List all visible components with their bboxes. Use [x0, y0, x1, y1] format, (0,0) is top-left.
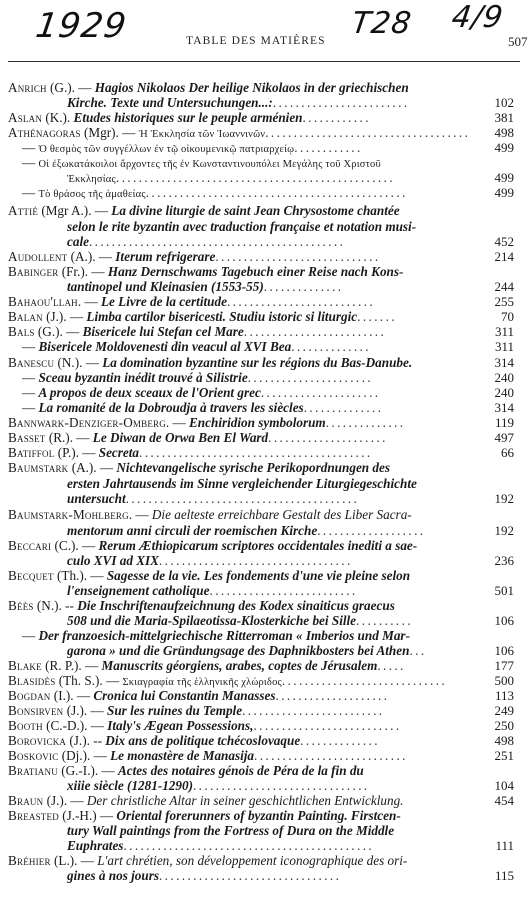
toc-line: ersten Jahrtausends im Sinne vergleichen…	[0, 476, 532, 491]
leader-dots: ........................................…	[146, 185, 408, 200]
author-initials: (Mgr A.). —	[38, 203, 111, 218]
toc-line-text: — Sceau byzantin inédit trouvé à Silistr…	[22, 370, 476, 385]
leader-dots: ...........................	[254, 748, 408, 763]
toc-line: Athénagoras (Mgr). — Ἡ Ἐκκλησία τῶν Ἰωαν…	[0, 125, 532, 140]
toc-line: Bahaou'llah. — Le Livre de la certitude.…	[0, 294, 532, 309]
author-name: Audollent	[8, 249, 67, 264]
handwritten-code: T28	[350, 6, 414, 41]
toc-line-text: tury Wall paintings from the Fortress of…	[67, 823, 476, 838]
leader-dots: .......	[357, 309, 397, 324]
work-title: tantinopel und Kleinasien (1553-55)	[67, 279, 264, 294]
toc-line-text: Bahaou'llah. — Le Livre de la certitude.…	[8, 294, 476, 309]
toc-line: tantinopel und Kleinasien (1553-55).....…	[0, 279, 532, 294]
work-title: Manuscrits géorgiens, arabes, coptes de …	[102, 658, 378, 673]
author-name: Bonsirven	[8, 703, 63, 718]
author-initials: (N.). —	[54, 355, 102, 370]
toc-line: untersucht..............................…	[0, 491, 532, 506]
toc-line-text: Booth (C.-D.). — Italy's Ægean Possessio…	[8, 718, 476, 733]
handwritten-year: 1929	[33, 6, 129, 46]
author-initials: —	[22, 155, 38, 170]
page-reference: 498	[484, 125, 514, 140]
toc-line: selon le rite byzantin avec traduction f…	[0, 219, 532, 234]
author-name: Baumstark	[8, 460, 68, 475]
author-initials: —	[22, 370, 38, 385]
work-title: culo XVI ad XIX	[67, 553, 159, 568]
toc-line-text: culo XVI ad XIX.........................…	[67, 553, 476, 568]
leader-dots: ...............................	[193, 778, 370, 793]
work-title: Oriental forerunners of byzantin Paintin…	[116, 808, 400, 823]
toc-line-text: untersucht..............................…	[67, 491, 476, 506]
work-title: ersten Jahrtausends im Sinne vergleichen…	[67, 476, 417, 491]
leader-dots: ......................	[248, 370, 373, 385]
work-title: Iterum refrigerare	[115, 249, 215, 264]
toc-line: Basset (R.). — Le Diwan de Orwa Ben El W…	[0, 430, 532, 445]
leader-dots: ........................................…	[89, 234, 345, 249]
toc-line-text: Audollent (A.). — Iterum refrigerare....…	[8, 249, 476, 264]
work-title: Le monastère de Manasija	[110, 748, 254, 763]
toc-line: Baumstark (A.). — Nichtevangelische syri…	[0, 460, 532, 475]
work-title: L'art chrétien, son développement iconog…	[97, 853, 407, 868]
page-reference: 499	[484, 170, 514, 185]
toc-line-text: Basset (R.). — Le Diwan de Orwa Ben El W…	[8, 430, 476, 445]
work-title: A propos de deux sceaux de l'Orient grec	[38, 385, 260, 400]
leader-dots: ............	[294, 140, 362, 155]
toc-line: Booth (C.-D.). — Italy's Ægean Possessio…	[0, 718, 532, 733]
work-title: Ὁ θεσμὸς τῶν συγγέλλων ἐν τῷ οἰκουμενικῷ…	[38, 144, 294, 155]
author-name: Babinger	[8, 264, 58, 279]
toc-line: Batiffol (P.). — Secreta................…	[0, 445, 532, 460]
work-title: Der christliche Altar in seiner geschich…	[87, 793, 404, 808]
toc-line: Balan (J.). — Limba cartilor bisericesti…	[0, 309, 532, 324]
toc-line-text: — A propos de deux sceaux de l'Orient gr…	[22, 385, 476, 400]
author-name: Borovicka	[8, 733, 66, 748]
work-title: Rerum Æthiopicarum scriptores occidental…	[98, 538, 417, 553]
page-reference: 240	[484, 385, 514, 400]
toc-line-text: Bannwark-Denziger-Omberg. — Enchiridion …	[8, 415, 476, 430]
author-name: Béès	[8, 598, 34, 613]
page-reference: 115	[484, 868, 514, 883]
author-initials: (J.). —	[43, 793, 87, 808]
toc-line: Becquet (Th.). — Sagesse de la vie. Les …	[0, 568, 532, 583]
work-title: Sceau byzantin inédit trouvé à Silistrie	[38, 370, 247, 385]
work-title: Limba cartilor bisericesti. Studiu istor…	[86, 309, 357, 324]
author-initials: (J.). —	[43, 309, 87, 324]
toc-line-text: Bratianu (G.-I.). — Actes des notaires g…	[8, 763, 476, 778]
toc-line-text: Bogdan (I.). — Cronica lui Constantin Ma…	[8, 688, 476, 703]
toc-line: culo XVI ad XIX.........................…	[0, 553, 532, 568]
leader-dots: ...................	[317, 523, 425, 538]
author-name: Bratianu	[8, 763, 58, 778]
work-title: Bisericele lui Stefan cel Mare	[83, 324, 244, 339]
work-title: Sagesse de la vie. Les fondements d'une …	[107, 568, 410, 583]
author-name: Aslan	[8, 110, 42, 125]
page-reference: 102	[484, 95, 514, 110]
toc-line: Bonsirven (J.). — Sur les ruines du Temp…	[0, 703, 532, 718]
page-reference: 499	[484, 140, 514, 155]
author-name: Basset	[8, 430, 46, 445]
work-title: garona » und die Gründungsage des Daphni…	[67, 643, 409, 658]
page-reference: 498	[484, 733, 514, 748]
toc-line-text: Bonsirven (J.). — Sur les ruines du Temp…	[8, 703, 476, 718]
toc-line-text: ersten Jahrtausends im Sinne vergleichen…	[67, 476, 476, 491]
work-title: 508 und die Maria-Spilaeotissa-Klosterki…	[67, 613, 356, 628]
leader-dots: ..............	[326, 415, 406, 430]
author-initials: (P.). —	[54, 445, 98, 460]
work-title: Kirche. Texte und Untersuchungen...:	[67, 95, 273, 110]
work-title: untersucht	[67, 491, 126, 506]
toc-line: Blasidès (Th. S.). — Σκιαγραφία τῆς ἑλλη…	[0, 673, 532, 688]
work-title: La domination byzantine sur les régions …	[102, 355, 412, 370]
author-initials: (N.). --	[34, 598, 78, 613]
leader-dots: ..............	[300, 733, 380, 748]
toc-line: — La romanité de la Dobroudja à travers …	[0, 400, 532, 415]
work-title: Der franzoesich-mittelgriechische Ritter…	[38, 628, 409, 643]
page-reference: 251	[484, 748, 514, 763]
toc-line-text: Boskovic (Dj.). — Le monastère de Manasi…	[8, 748, 476, 763]
leader-dots: .............................	[282, 673, 447, 688]
leader-dots: ................................	[159, 868, 341, 883]
author-initials: (Th.). —	[54, 568, 107, 583]
toc-line: — A propos de deux sceaux de l'Orient gr…	[0, 385, 532, 400]
toc-line-text: Attié (Mgr A.). — La divine liturgie de …	[8, 203, 476, 218]
toc-line: Bréhier (L.). — L'art chrétien, son déve…	[0, 853, 532, 868]
toc-line: garona » und die Gründungsage des Daphni…	[0, 643, 532, 658]
toc-line-text: Euphrates...............................…	[67, 838, 476, 853]
work-title: Bisericele Moldovenesti din veacul al XV…	[38, 339, 291, 354]
author-initials: (J.). —	[63, 703, 107, 718]
page-reference: 381	[484, 110, 514, 125]
toc-line-text: Baumstark-Mohlberg. — Die aelteste errei…	[8, 507, 476, 522]
toc-line: — Τὸ θράσος τῆς ἀμαθείας................…	[0, 185, 532, 200]
leader-dots: ........................	[273, 95, 410, 110]
author-initials: . —	[129, 507, 152, 522]
author-initials: (L.). —	[51, 853, 98, 868]
toc-line-text: l'enseignement catholique...............…	[67, 583, 476, 598]
author-initials: (G.-I.). —	[58, 763, 118, 778]
leader-dots: ........................................…	[126, 491, 360, 506]
toc-line: — Bisericele Moldovenesti din veacul al …	[0, 339, 532, 354]
toc-line-text: Kirche. Texte und Untersuchungen...:....…	[67, 95, 476, 110]
toc-line: Borovicka (J.). -- Dix ans de politique …	[0, 733, 532, 748]
toc-line: — Sceau byzantin inédit trouvé à Silistr…	[0, 370, 532, 385]
toc-line-text: Bréhier (L.). — L'art chrétien, son déve…	[8, 853, 476, 868]
toc-line-text: — Τὸ θράσος τῆς ἀμαθείας................…	[22, 185, 476, 202]
toc-line: Bals (G.). — Bisericele lui Stefan cel M…	[0, 324, 532, 339]
toc-line: Banescu (N.). — La domination byzantine …	[0, 355, 532, 370]
toc-line: Baumstark-Mohlberg. — Die aelteste errei…	[0, 507, 532, 522]
author-name: Braun	[8, 793, 43, 808]
toc-line-text: gines à nos jours.......................…	[67, 868, 476, 883]
toc-line-text: selon le rite byzantin avec traduction f…	[67, 219, 476, 234]
work-title: Hagios Nikolaos Der heilige Nikolaos in …	[95, 80, 409, 95]
toc-line-text: Braun (J.). — Der christliche Altar in s…	[8, 793, 476, 808]
work-title: Die aelteste erreichbare Gestalt des Lib…	[152, 507, 412, 522]
author-initials: (Mgr). —	[81, 125, 139, 140]
work-title: Οἱ ἐξωκατάκοιλοι ἄρχοντες τῆς ἐν Κωνσταν…	[38, 159, 380, 170]
page-reference: 499	[484, 185, 514, 200]
toc-line: Anrich (G.). — Hagios Nikolaos Der heili…	[0, 80, 532, 95]
work-title: La romanité de la Dobroudja à travers le…	[38, 400, 303, 415]
leader-dots: .........................	[242, 703, 384, 718]
page-reference: 454	[484, 793, 514, 808]
toc-line: Ἐκκλησίας...............................…	[0, 170, 532, 185]
author-name: Bals	[8, 324, 35, 339]
toc-line-text: — Der franzoesich-mittelgriechische Ritt…	[22, 628, 476, 643]
author-initials: —	[22, 628, 38, 643]
toc-line: 508 und die Maria-Spilaeotissa-Klosterki…	[0, 613, 532, 628]
author-initials: (A.). —	[68, 460, 116, 475]
page-reference: 106	[484, 643, 514, 658]
leader-dots: ....................................	[265, 125, 470, 140]
toc-line: Bannwark-Denziger-Omberg. — Enchiridion …	[0, 415, 532, 430]
page-reference: 452	[484, 234, 514, 249]
author-initials: (I.). —	[51, 688, 94, 703]
work-title: selon le rite byzantin avec traduction f…	[67, 219, 416, 234]
page-reference: 240	[484, 370, 514, 385]
work-title: Italy's Ægean Possessions,	[107, 718, 253, 733]
work-title: Dix ans de politique tchécoslovaque	[105, 733, 300, 748]
author-name: Banescu	[8, 355, 54, 370]
toc-line: Boskovic (Dj.). — Le monastère de Manasi…	[0, 748, 532, 763]
author-name: Bréhier	[8, 853, 51, 868]
leader-dots: .........................	[244, 324, 386, 339]
page-reference: 311	[484, 339, 514, 354]
work-title: xiiie siècle (1281-1290)	[67, 778, 193, 793]
leader-dots: ..........................	[210, 583, 358, 598]
work-title: Etudes historiques sur le peuple arménie…	[74, 110, 303, 125]
author-name: Booth	[8, 718, 43, 733]
work-title: Le Diwan de Orwa Ben El Ward	[93, 430, 268, 445]
author-initials: (C.). —	[51, 538, 98, 553]
author-initials: (K.).	[42, 110, 74, 125]
toc-line-text: xiiie siècle (1281-1290)................…	[67, 778, 476, 793]
toc-line-text: Anrich (G.). — Hagios Nikolaos Der heili…	[8, 80, 476, 95]
toc-line: l'enseignement catholique...............…	[0, 583, 532, 598]
toc-line: Babinger (Fr.). — Hanz Dernschwams Tageb…	[0, 264, 532, 279]
author-name: Blasidès	[8, 673, 55, 688]
author-name: Breasted	[8, 808, 59, 823]
author-initials: —	[22, 400, 38, 415]
author-name: Balan	[8, 309, 43, 324]
work-title: Ἐκκλησίας	[67, 174, 116, 185]
leader-dots: ..............	[264, 279, 344, 294]
work-title: Enchiridion symbolorum	[189, 415, 326, 430]
page-reference: 501	[484, 583, 514, 598]
author-initials: . —	[78, 294, 101, 309]
toc-line-text: Beccari (C.). — Rerum Æthiopicarum scrip…	[8, 538, 476, 553]
toc-line: Breasted (J.-H.) — Oriental forerunners …	[0, 808, 532, 823]
page-reference: 119	[484, 415, 514, 430]
page-reference: 244	[484, 279, 514, 294]
toc-line: Bogdan (I.). — Cronica lui Constantin Ma…	[0, 688, 532, 703]
toc-line-text: 508 und die Maria-Spilaeotissa-Klosterki…	[67, 613, 476, 628]
leader-dots: ........................................…	[123, 838, 374, 853]
leader-dots: ........................................…	[139, 445, 373, 460]
work-title: Die Inschriftenaufzeichnung des Kodex si…	[77, 598, 395, 613]
work-title: Actes des notaires génois de Péra de la …	[118, 763, 364, 778]
toc-line: Beccari (C.). — Rerum Æthiopicarum scrip…	[0, 538, 532, 553]
author-initials: —	[22, 339, 38, 354]
leader-dots: ..............	[291, 339, 371, 354]
author-initials: (R. P.). —	[42, 658, 102, 673]
author-name: Beccari	[8, 538, 51, 553]
work-title: Hanz Dernschwams Tagebuch einer Reise na…	[108, 264, 404, 279]
leader-dots: ..................................	[159, 553, 353, 568]
toc-line-text: Banescu (N.). — La domination byzantine …	[8, 355, 476, 370]
author-name: Bahaou'llah	[8, 294, 78, 309]
leader-dots: .....................	[268, 430, 388, 445]
work-title: tury Wall paintings from the Fortress of…	[67, 823, 394, 838]
author-initials: (R.). —	[46, 430, 93, 445]
author-initials: (J.). --	[66, 733, 105, 748]
author-name: Blake	[8, 658, 42, 673]
toc-line-text: Béès (N.). -- Die Inschriftenaufzeichnun…	[8, 598, 476, 613]
toc-line-text: Babinger (Fr.). — Hanz Dernschwams Tageb…	[8, 264, 476, 279]
page-reference: 311	[484, 324, 514, 339]
toc-line: xiiie siècle (1281-1290)................…	[0, 778, 532, 793]
handwritten-fraction: 4/9	[450, 0, 506, 35]
work-title: Cronica lui Constantin Manasses	[93, 688, 275, 703]
author-initials: (A.). —	[67, 249, 115, 264]
toc-line: — Der franzoesich-mittelgriechische Ritt…	[0, 628, 532, 643]
page-reference: 497	[484, 430, 514, 445]
author-initials: (Dj.). —	[58, 748, 110, 763]
work-title: mentorum anni circuli der roemischen Kir…	[67, 523, 317, 538]
toc-line: gines à nos jours.......................…	[0, 868, 532, 883]
page-reference: 66	[484, 445, 514, 460]
page-reference: 255	[484, 294, 514, 309]
author-name: Anrich	[8, 80, 47, 95]
work-title: Τὸ θράσος τῆς ἀμαθείας	[38, 189, 145, 200]
toc-line-text: Baumstark (A.). — Nichtevangelische syri…	[8, 460, 476, 475]
toc-line-text: — La romanité de la Dobroudja à travers …	[22, 400, 476, 415]
toc-line: Blake (R. P.). — Manuscrits géorgiens, a…	[0, 658, 532, 673]
leader-dots: ....................	[276, 688, 390, 703]
page-reference: 113	[484, 688, 514, 703]
page-reference: 111	[484, 838, 514, 853]
page-reference: 250	[484, 718, 514, 733]
leader-dots: .....	[377, 658, 405, 673]
page-reference: 236	[484, 553, 514, 568]
work-title: La divine liturgie de saint Jean Chrysos…	[111, 203, 399, 218]
toc-line-text: Batiffol (P.). — Secreta................…	[8, 445, 476, 460]
toc-line: — Ὁ θεσμὸς τῶν συγγέλλων ἐν τῷ οἰκουμενι…	[0, 140, 532, 155]
toc-line: tury Wall paintings from the Fortress of…	[0, 823, 532, 838]
author-name: Batiffol	[8, 445, 54, 460]
toc-line: Aslan (K.). Etudes historiques sur le pe…	[0, 110, 532, 125]
page-reference: 249	[484, 703, 514, 718]
page-reference: 104	[484, 778, 514, 793]
toc-line-text: Becquet (Th.). — Sagesse de la vie. Les …	[8, 568, 476, 583]
leader-dots: ..........................	[227, 294, 375, 309]
work-title: gines à nos jours	[67, 868, 159, 883]
work-title: Σκιαγραφία τῆς ἑλληνικῆς χλώριδος	[122, 677, 281, 688]
page-reference: 192	[484, 491, 514, 506]
toc-line-text: Balan (J.). — Limba cartilor bisericesti…	[8, 309, 476, 324]
author-name: Boskovic	[8, 748, 58, 763]
leader-dots: .....................	[261, 385, 381, 400]
toc-line: Attié (Mgr A.). — La divine liturgie de …	[0, 203, 532, 218]
toc-line-text: mentorum anni circuli der roemischen Kir…	[67, 523, 476, 538]
leader-dots: ..........	[356, 613, 413, 628]
toc-line-text: Borovicka (J.). -- Dix ans de politique …	[8, 733, 476, 748]
toc-line: Béès (N.). -- Die Inschriftenaufzeichnun…	[0, 598, 532, 613]
toc-line: — Οἱ ἐξωκατάκοιλοι ἄρχοντες τῆς ἐν Κωνστ…	[0, 155, 532, 170]
leader-dots: ........................................…	[116, 170, 395, 185]
author-initials: —	[22, 140, 38, 155]
page-reference: 314	[484, 400, 514, 415]
toc-line-text: — Bisericele Moldovenesti din veacul al …	[22, 339, 476, 354]
author-initials: (C.-D.). —	[43, 718, 107, 733]
page-reference: 106	[484, 613, 514, 628]
leader-dots: ...	[409, 643, 426, 658]
author-name: Attié	[8, 203, 38, 218]
toc-line: Kirche. Texte und Untersuchungen...:....…	[0, 95, 532, 110]
toc-line-text: Aslan (K.). Etudes historiques sur le pe…	[8, 110, 476, 125]
work-title: l'enseignement catholique	[67, 583, 210, 598]
author-initials: (G.). —	[35, 324, 83, 339]
author-initials: (Fr.). —	[58, 264, 107, 279]
leader-dots: .............................	[215, 249, 380, 264]
author-name: Baumstark-Mohlberg	[8, 507, 129, 522]
page-reference: 177	[484, 658, 514, 673]
header-rule	[8, 61, 520, 62]
toc-line: cale....................................…	[0, 234, 532, 249]
work-title: cale	[67, 234, 89, 249]
page-number: 507	[508, 34, 528, 50]
page-reference: 314	[484, 355, 514, 370]
toc-line: mentorum anni circuli der roemischen Kir…	[0, 523, 532, 538]
work-title: Sur les ruines du Temple	[107, 703, 242, 718]
page-reference: 70	[484, 309, 514, 324]
author-name: Bogdan	[8, 688, 51, 703]
toc-line-text: Breasted (J.-H.) — Oriental forerunners …	[8, 808, 476, 823]
toc-line: Audollent (A.). — Iterum refrigerare....…	[0, 249, 532, 264]
toc-line-text: tantinopel und Kleinasien (1553-55).....…	[67, 279, 476, 294]
toc-line-text: Blake (R. P.). — Manuscrits géorgiens, a…	[8, 658, 476, 673]
author-name: Becquet	[8, 568, 54, 583]
work-title: Ἡ Ἐκκλησία τῶν Ἰωαννινῶν	[139, 129, 266, 140]
toc-line: Euphrates...............................…	[0, 838, 532, 853]
work-title: Le Livre de la certitude	[101, 294, 227, 309]
running-title: TABLE DES MATIÈRES	[186, 35, 326, 47]
leader-dots: ............	[303, 110, 371, 125]
author-name: Bannwark-Denziger-Omberg	[8, 415, 166, 430]
author-initials: . —	[166, 415, 189, 430]
author-name: Athénagoras	[8, 125, 81, 140]
work-title: Nichtevangelische syrische Perikopordnun…	[116, 460, 390, 475]
toc-line: Bratianu (G.-I.). — Actes des notaires g…	[0, 763, 532, 778]
author-initials: (G.). —	[47, 80, 95, 95]
author-initials: (Th. S.). —	[55, 673, 122, 688]
toc-line: Braun (J.). — Der christliche Altar in s…	[0, 793, 532, 808]
leader-dots: ..........................	[253, 718, 401, 733]
author-initials: —	[22, 185, 38, 200]
author-initials: (J.-H.) —	[59, 808, 117, 823]
page-reference: 500	[484, 673, 514, 688]
toc-line-text: Bals (G.). — Bisericele lui Stefan cel M…	[8, 324, 476, 339]
toc-line-text: garona » und die Gründungsage des Daphni…	[67, 643, 476, 658]
work-title: Secreta	[99, 445, 139, 460]
leader-dots: ..............	[304, 400, 384, 415]
toc-line-text: cale....................................…	[67, 234, 476, 249]
author-initials: —	[22, 385, 38, 400]
work-title: Euphrates	[67, 838, 123, 853]
page-reference: 214	[484, 249, 514, 264]
page-reference: 192	[484, 523, 514, 538]
